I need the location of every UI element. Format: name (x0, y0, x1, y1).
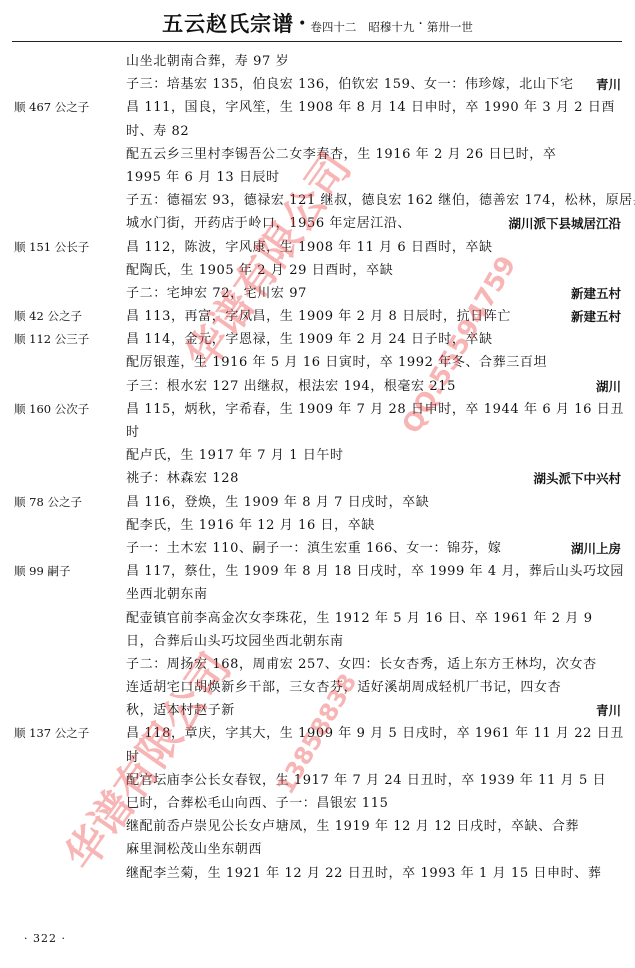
entry-text: 继配李兰菊，生 1921 年 12 月 22 日丑时，卒 1993 年 1 月 … (126, 862, 621, 885)
residence-place: 新建五村 (571, 305, 621, 328)
entry-text: 子二：周扬宏 168，周甫宏 257、女四：长女杏秀，适上东方王林均，次女杏 (126, 653, 621, 676)
entry-line: 子一：土木宏 110、嗣子一：滇生宏重 166、女一：锦芬，嫁湖川上房 (0, 537, 635, 560)
entry-text: 巳时，合葬松毛山向西、子一：昌银宏 115 (126, 792, 621, 815)
entry-text: 子一：土木宏 110、嗣子一：滇生宏重 166、女一：锦芬，嫁 (126, 537, 621, 560)
entry-text: 子三：培基宏 135，伯良宏 136，伯钦宏 159、女一：伟珍嫁，北山下宅 (126, 73, 621, 96)
entry-text: 秋，适本村赵子新 (126, 699, 621, 722)
page-header: 五云赵氏宗谱•卷四十二昭穆十九·第卅一世 (0, 8, 635, 38)
book-title: 五云赵氏宗谱 (162, 11, 294, 36)
entry-text: 山坐北朝南合葬，寿 97 岁 (126, 50, 621, 73)
entry-text: 昌 117，蔡仕，生 1909 年 8 月 18 日戌时，卒 1999 年 4 … (126, 560, 621, 583)
entry-line: 顺 151 公长子昌 112，陈波，字风康，生 1908 年 11 月 6 日酉… (0, 236, 635, 259)
entry-text: 继配前岙卢崇见公长女卢塘凤，生 1919 年 12 月 12 日戌时，卒缺、合葬 (126, 815, 621, 838)
entry-line: 日，合葬后山头巧坟园坐西北朝东南 (0, 630, 635, 653)
entry-line: 配五云乡三里村李锡吾公二女李春杏，生 1916 年 2 月 26 日巳时，卒 (0, 143, 635, 166)
lineage-label: 顺 160 公次子 (14, 398, 89, 421)
entry-line: 城水门街，开药店于岭口，1956 年定居江沿、湖川派下县城居江沿 (0, 212, 635, 235)
entry-line: 配壶镇官前李高金次女李珠花，生 1912 年 5 月 16 日、卒 1961 年… (0, 607, 635, 630)
entry-text: 麻里洞松茂山坐东朝西 (126, 838, 621, 861)
entry-text: 子二：宅坤宏 72，宅川宏 97 (126, 282, 621, 305)
lineage-label: 顺 78 公之子 (14, 491, 82, 514)
entry-line: 配李氏，生 1916 年 12 月 16 日，卒缺 (0, 514, 635, 537)
entry-text: 配厉银莲，生 1916 年 5 月 16 日寅时，卒 1992 年冬、合葬三百坦 (126, 351, 621, 374)
entry-text: 配官坛庙李公长女春钗，生 1917 年 7 月 24 日丑时，卒 1939 年 … (126, 769, 621, 792)
entry-text: 昌 118，章庆，字其大，生 1909 年 9 月 5 日戌时，卒 1961 年… (126, 722, 621, 745)
entry-line: 坐西北朝东南 (0, 583, 635, 606)
entry-line: 顺 160 公次子昌 115，炳秋，字希春，生 1909 年 7 月 28 日申… (0, 398, 635, 421)
entry-text: 昌 111，国良，字风笙，生 1908 年 8 月 14 日申时，卒 1990 … (126, 96, 621, 119)
residence-place: 湖头派下中兴村 (533, 467, 621, 490)
residence-place: 湖川派下县城居江沿 (508, 212, 621, 235)
entry-text: 配壶镇官前李高金次女李珠花，生 1912 年 5 月 16 日、卒 1961 年… (126, 607, 621, 630)
entry-text: 配陶氏，生 1905 年 2 月 29 日酉时，卒缺 (126, 259, 621, 282)
entry-line: 配陶氏，生 1905 年 2 月 29 日酉时，卒缺 (0, 259, 635, 282)
entry-line: 连适胡宅口胡焕新乡干部，三女杏芬，适好溪胡周成轻机厂书记，四女杏 (0, 676, 635, 699)
residence-place: 新建五村 (571, 282, 621, 305)
entry-line: 配厉银莲，生 1916 年 5 月 16 日寅时，卒 1992 年冬、合葬三百坦 (0, 351, 635, 374)
entry-line: 祧子：林森宏 128湖头派下中兴村 (0, 467, 635, 490)
entry-line: 继配李兰菊，生 1921 年 12 月 22 日丑时，卒 1993 年 1 月 … (0, 862, 635, 885)
entry-line: 顺 42 公之子昌 113，再富，字凤昌，生 1909 年 2 月 8 日辰时，… (0, 305, 635, 328)
entry-text: 时、寿 82 (126, 120, 621, 143)
lineage-label: 顺 137 公之子 (14, 722, 89, 745)
entry-text: 配李氏，生 1916 年 12 月 16 日，卒缺 (126, 514, 621, 537)
entry-text: 昌 112，陈波，字风康，生 1908 年 11 月 6 日酉时，卒缺 (126, 236, 621, 259)
entry-line: 子三：根水宏 127 出继叔，根法宏 194，根毫宏 215湖川 (0, 375, 635, 398)
entry-line: 麻里洞松茂山坐东朝西 (0, 838, 635, 861)
lineage-label: 顺 112 公三子 (14, 328, 89, 351)
entry-line: 顺 112 公三子昌 114，金元，字恩禄，生 1909 年 2 月 24 日子… (0, 328, 635, 351)
entry-line: 顺 78 公之子昌 116，登焕，生 1909 年 8 月 7 日戌时，卒缺 (0, 491, 635, 514)
entry-text: 子三：根水宏 127 出继叔，根法宏 194，根毫宏 215 (126, 375, 621, 398)
page-number: · 322 · (24, 932, 66, 945)
entry-text: 1995 年 6 月 13 日辰时 (126, 166, 621, 189)
branch-label: 昭穆十九 (368, 20, 414, 34)
lineage-label: 顺 99 嗣子 (14, 560, 70, 583)
entry-text: 坐西北朝东南 (126, 583, 621, 606)
residence-place: 青川 (596, 73, 621, 96)
entry-text: 昌 114，金元，字恩禄，生 1909 年 2 月 24 日子时，卒缺 (126, 328, 621, 351)
entry-line: 继配前岙卢崇见公长女卢塘凤，生 1919 年 12 月 12 日戌时，卒缺、合葬 (0, 815, 635, 838)
entry-line: 顺 467 公之子昌 111，国良，字风笙，生 1908 年 8 月 14 日申… (0, 96, 635, 119)
residence-place: 湖川上房 (571, 537, 621, 560)
lineage-label: 顺 151 公长子 (14, 236, 89, 259)
entry-line: 巳时，合葬松毛山向西、子一：昌银宏 115 (0, 792, 635, 815)
entry-text: 子五：德福宏 93，德禄宏 121 继叔，德良宏 162 继伯，德善宏 174，… (126, 189, 621, 212)
volume-label: 卷四十二 (310, 20, 356, 34)
entry-line: 子二：宅坤宏 72，宅川宏 97新建五村 (0, 282, 635, 305)
entry-line: 时、寿 82 (0, 120, 635, 143)
entry-line: 时 (0, 421, 635, 444)
entry-line: 子五：德福宏 93，德禄宏 121 继叔，德良宏 162 继伯，德善宏 174，… (0, 189, 635, 212)
entry-text: 昌 115，炳秋，字希春，生 1909 年 7 月 28 日申时，卒 1944 … (126, 398, 621, 421)
entry-line: 山坐北朝南合葬，寿 97 岁 (0, 50, 635, 73)
entry-text: 时 (126, 421, 621, 444)
entry-line: 1995 年 6 月 13 日辰时 (0, 166, 635, 189)
entry-text: 昌 116，登焕，生 1909 年 8 月 7 日戌时，卒缺 (126, 491, 621, 514)
residence-place: 青川 (596, 699, 621, 722)
genealogy-entries: 山坐北朝南合葬，寿 97 岁子三：培基宏 135，伯良宏 136，伯钦宏 159… (0, 50, 635, 885)
entry-line: 子二：周扬宏 168，周甫宏 257、女四：长女杏秀，适上东方王林均，次女杏 (0, 653, 635, 676)
entry-text: 日，合葬后山头巧坟园坐西北朝东南 (126, 630, 621, 653)
entry-line: 配官坛庙李公长女春钗，生 1917 年 7 月 24 日丑时，卒 1939 年 … (0, 769, 635, 792)
entry-line: 顺 137 公之子昌 118，章庆，字其大，生 1909 年 9 月 5 日戌时… (0, 722, 635, 745)
entry-line: 子三：培基宏 135，伯良宏 136，伯钦宏 159、女一：伟珍嫁，北山下宅青川 (0, 73, 635, 96)
entry-line: 配卢氏，生 1917 年 7 月 1 日午时 (0, 444, 635, 467)
entry-line: 秋，适本村赵子新青川 (0, 699, 635, 722)
generation-label: 第卅一世 (427, 20, 473, 34)
entry-text: 连适胡宅口胡焕新乡干部，三女杏芬，适好溪胡周成轻机厂书记，四女杏 (126, 676, 621, 699)
lineage-label: 顺 42 公之子 (14, 305, 82, 328)
entry-text: 昌 113，再富，字凤昌，生 1909 年 2 月 8 日辰时，抗日阵亡 (126, 305, 621, 328)
entry-text: 配五云乡三里村李锡吾公二女李春杏，生 1916 年 2 月 26 日巳时，卒 (126, 143, 621, 166)
lineage-label: 顺 467 公之子 (14, 96, 89, 119)
entry-line: 顺 99 嗣子昌 117，蔡仕，生 1909 年 8 月 18 日戌时，卒 19… (0, 560, 635, 583)
header-rule (12, 41, 622, 42)
separator-dot: • (298, 16, 306, 32)
residence-place: 湖川 (596, 375, 621, 398)
entry-text: 时 (126, 746, 621, 769)
entry-line: 时 (0, 746, 635, 769)
separator-dot: · (418, 16, 422, 32)
entry-text: 配卢氏，生 1917 年 7 月 1 日午时 (126, 444, 621, 467)
